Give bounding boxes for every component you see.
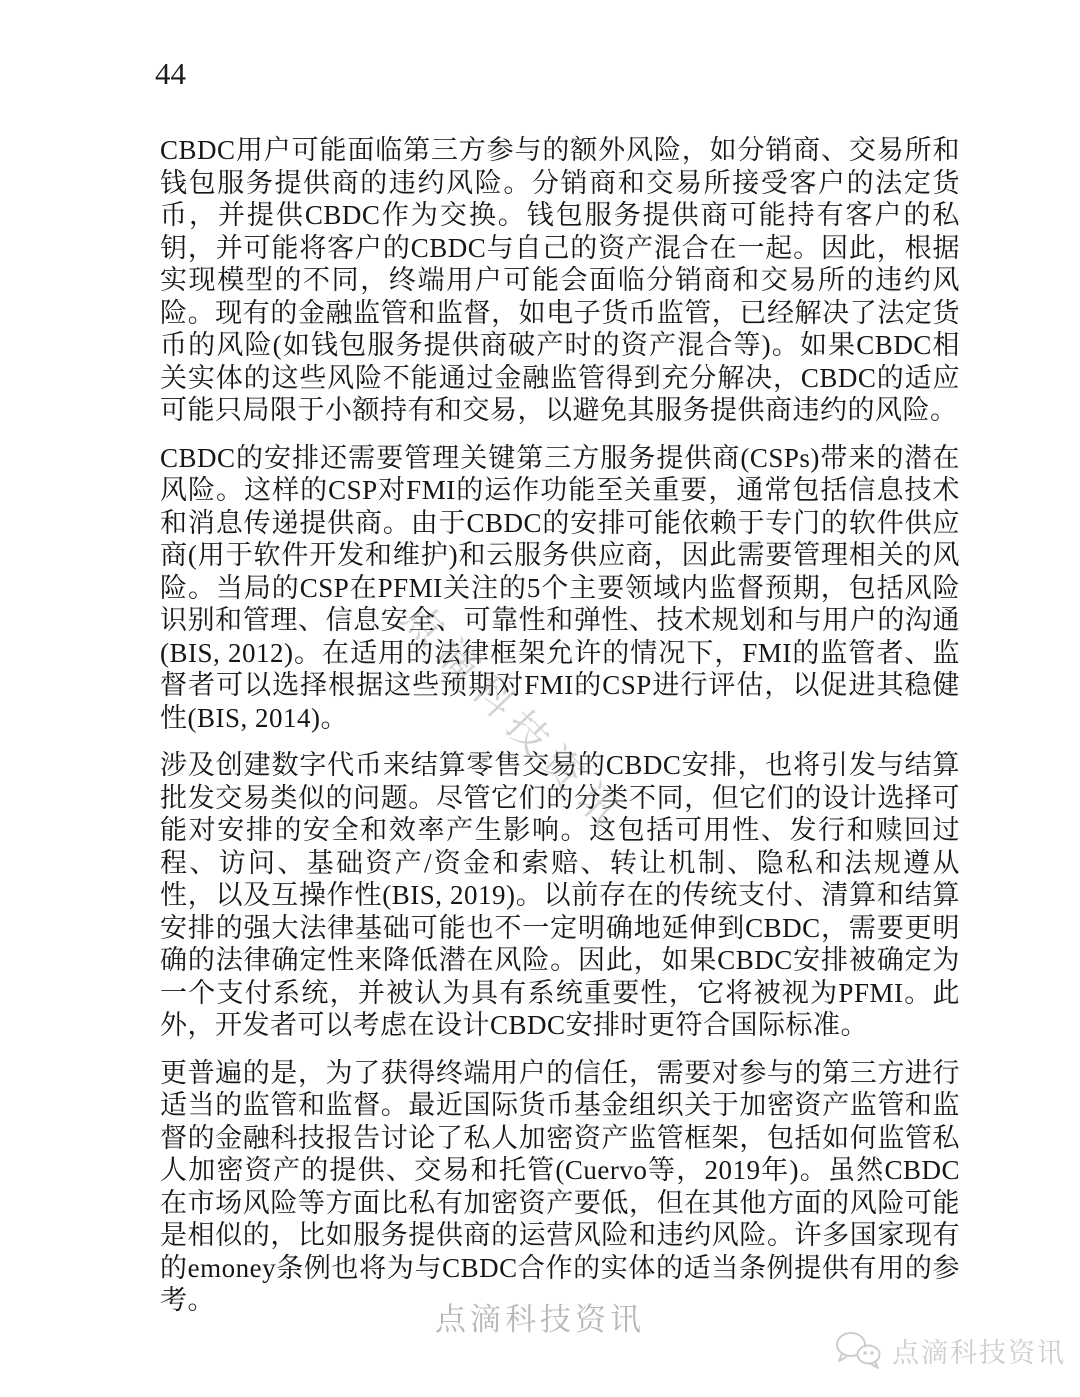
- footer-logo: 点滴科技资讯: [834, 1330, 1066, 1370]
- footer-logo-label: 点滴科技资讯: [892, 1331, 1066, 1370]
- page-number: 44: [155, 56, 186, 92]
- paragraph-3: 涉及创建数字代币来结算零售交易的CBDC安排，也将引发与结算批发交易类似的问题。…: [160, 749, 960, 1042]
- wechat-icon: [834, 1330, 884, 1370]
- paragraph-2: CBDC的安排还需要管理关键第三方服务提供商(CSPs)带来的潜在风险。这样的C…: [160, 442, 960, 735]
- body-text: CBDC用户可能面临第三方参与的额外风险，如分销商、交易所和钱包服务提供商的违约…: [160, 134, 960, 1332]
- paragraph-1: CBDC用户可能面临第三方参与的额外风险，如分销商、交易所和钱包服务提供商的违约…: [160, 134, 960, 427]
- document-page: 44 CBDC用户可能面临第三方参与的额外风险，如分销商、交易所和钱包服务提供商…: [0, 0, 1080, 1397]
- paragraph-4: 更普遍的是，为了获得终端用户的信任，需要对参与的第三方进行适当的监管和监督。最近…: [160, 1057, 960, 1317]
